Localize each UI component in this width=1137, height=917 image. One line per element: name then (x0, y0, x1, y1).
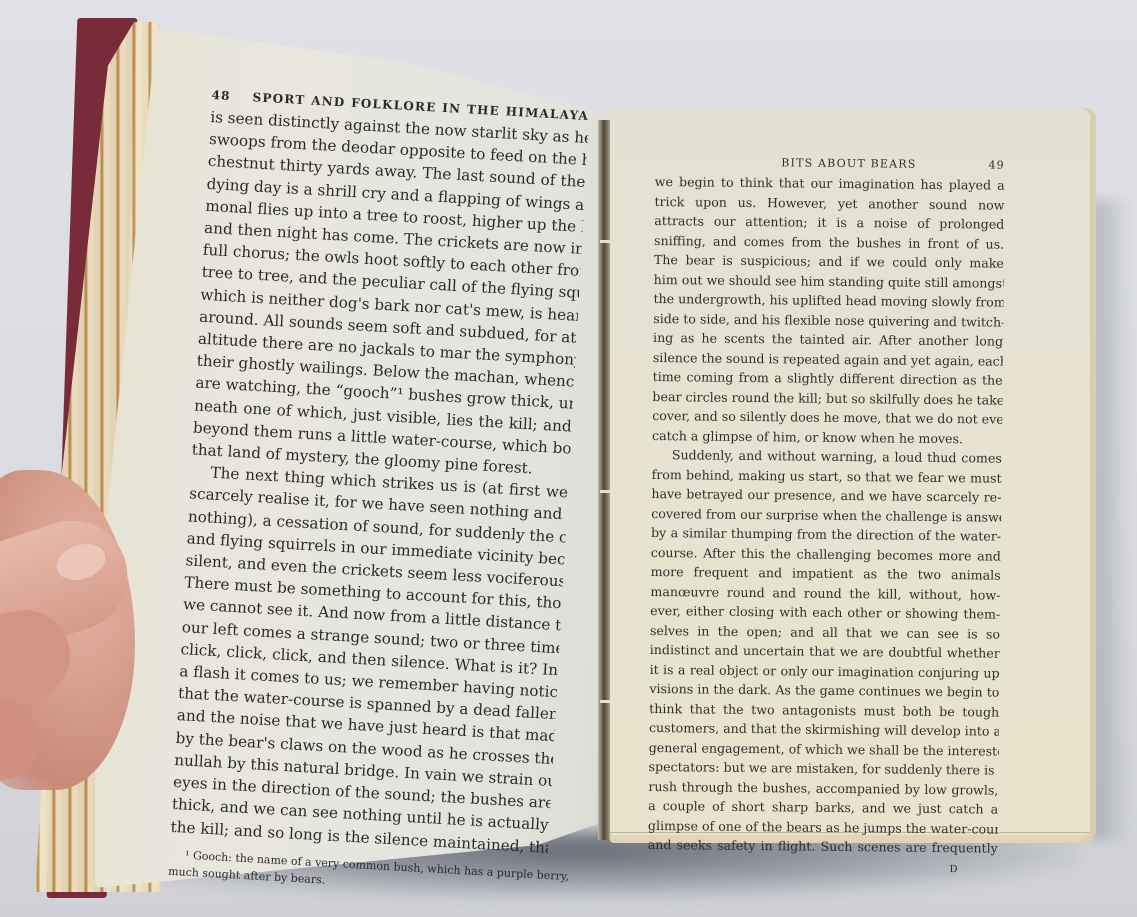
text-line: and seeks safety in flight. Such scenes … (648, 835, 998, 858)
running-title: BITS ABOUT BEARS (781, 156, 916, 170)
page-number: 49 (988, 158, 1005, 171)
binding-stitch (600, 700, 610, 703)
book-shadow-right (1090, 200, 1130, 840)
page-number: 48 (211, 88, 231, 103)
left-page-text: 48 SPORT AND FOLKLORE IN THE HIMALAYA is… (168, 88, 590, 901)
right-page-text: BITS ABOUT BEARS 49 we begin to think th… (647, 155, 1004, 875)
binding-stitch (600, 490, 610, 493)
binding-stitch (600, 240, 610, 243)
right-running-head: BITS ABOUT BEARS 49 (655, 155, 1005, 172)
